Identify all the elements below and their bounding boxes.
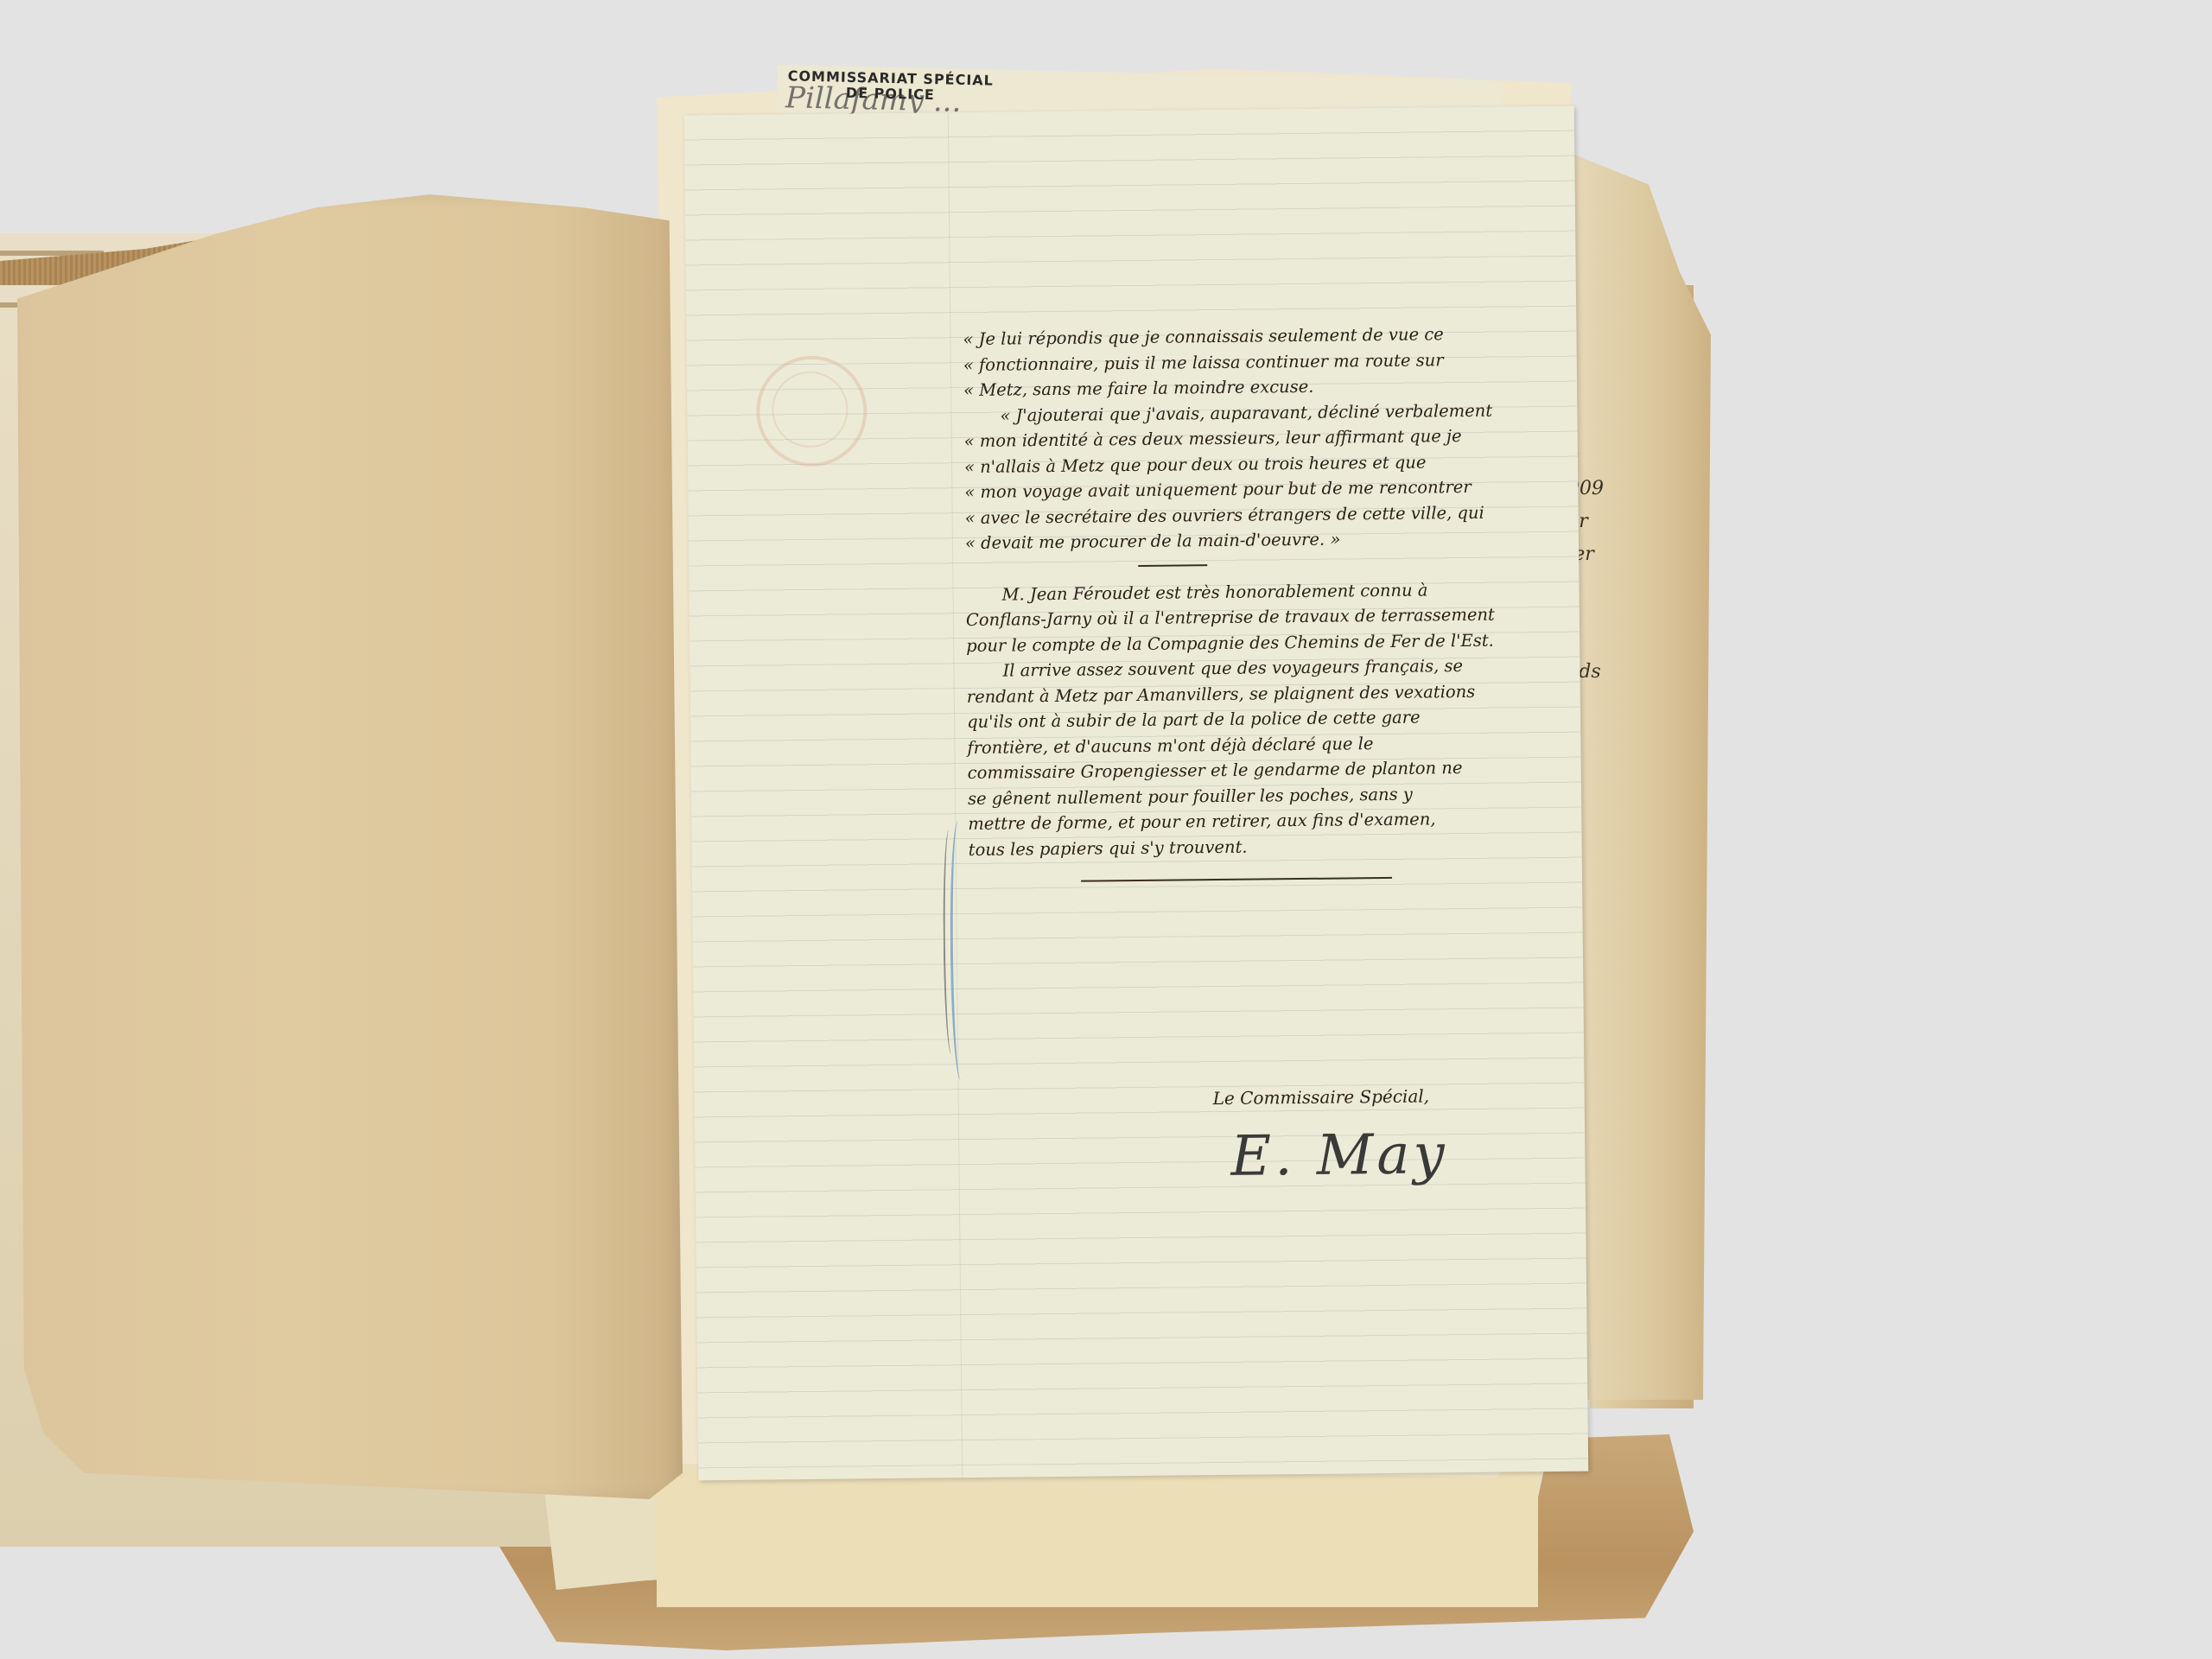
text-line: « devait me procurer de la main-d'oeuvre… [965, 524, 1570, 556]
signature: E. May [1230, 1122, 1448, 1189]
letter-body: « Je lui répondis que je connaissais seu… [963, 321, 1573, 883]
closing-title: Le Commissaire Spécial, [1213, 1085, 1430, 1109]
separator-rule [1138, 564, 1207, 567]
curled-blank-page [17, 194, 683, 1499]
faded-seal-stamp [756, 355, 868, 467]
letterhead-stamp: COMMISSARIAT SPÉCIAL DE POLICE [787, 68, 994, 104]
underlying-sheet [657, 1469, 1538, 1607]
letter-page: « Je lui répondis que je connaissais seu… [684, 106, 1588, 1481]
pencil-margin-mark [942, 829, 958, 1054]
page-fold-line [948, 112, 963, 1478]
closing-rule [1081, 877, 1392, 882]
